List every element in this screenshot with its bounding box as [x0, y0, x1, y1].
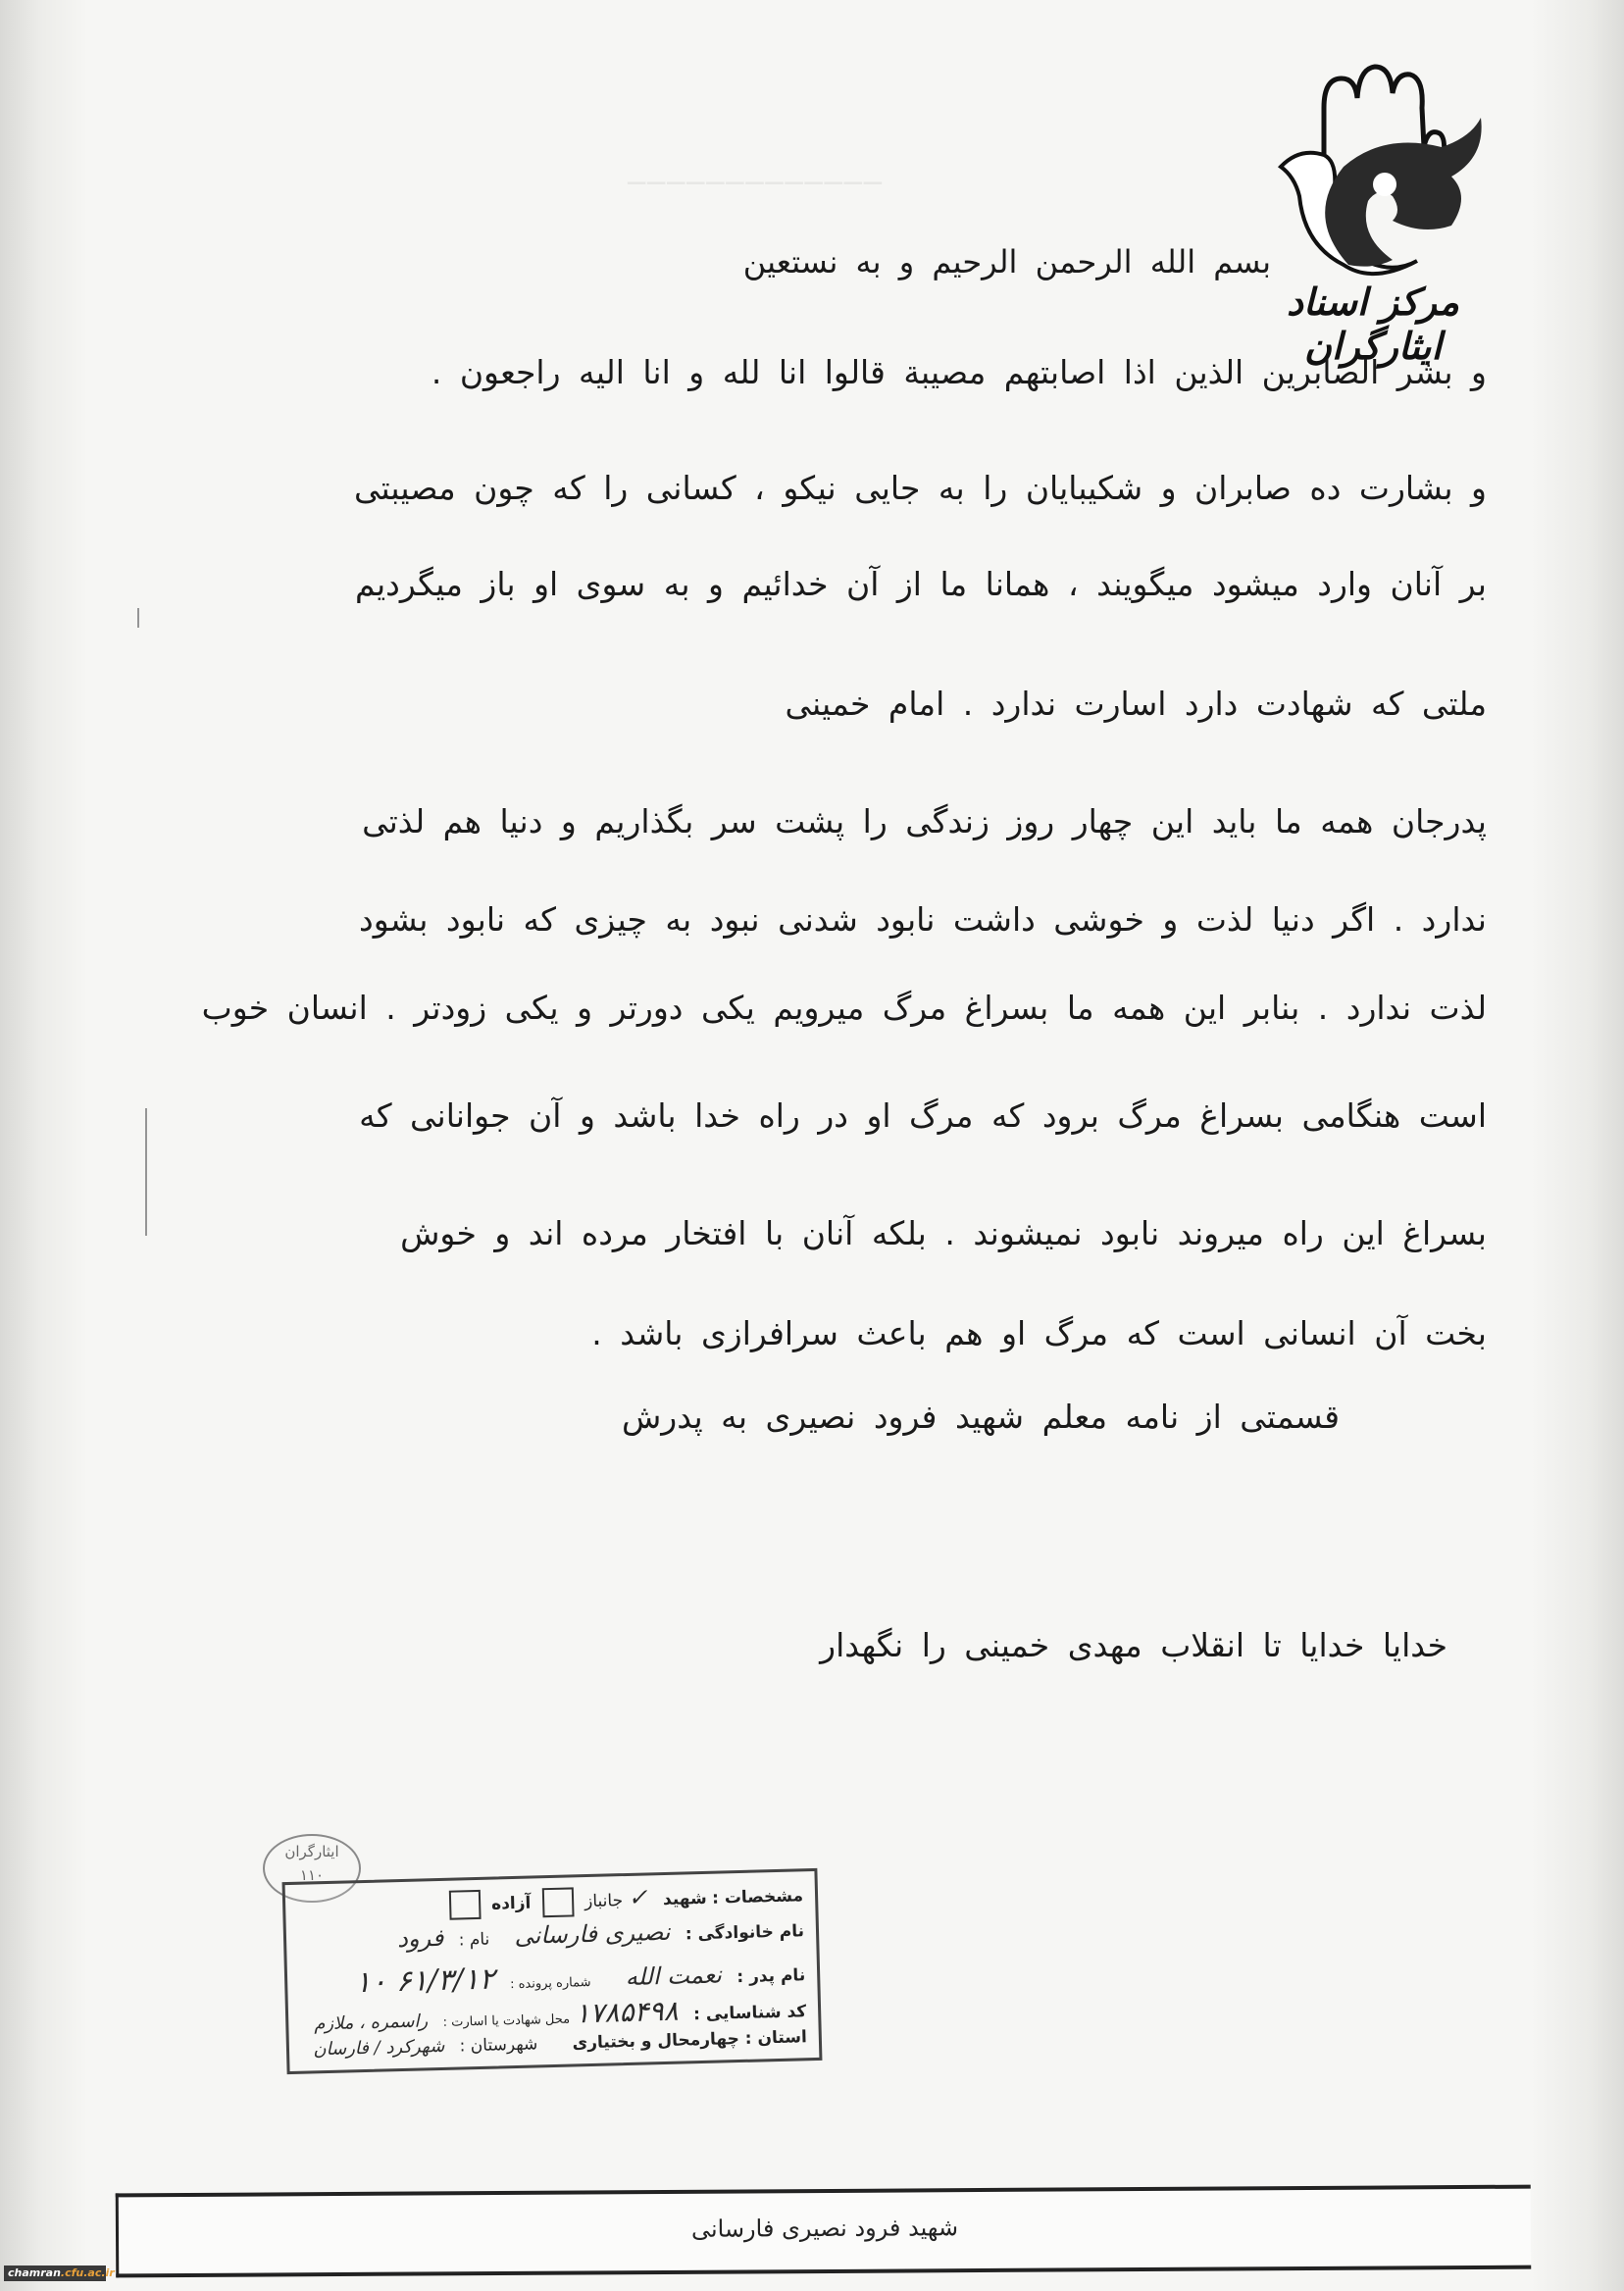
stamp-row-status: مشخصات : شهید ✓ جانباز آزاده [442, 1879, 803, 1920]
county-label: شهرستان : [459, 2034, 537, 2056]
checkbox-empty [541, 1887, 574, 1917]
file-number-label: شماره پرونده : [510, 1975, 591, 1992]
place-label: محل شهادت یا اسارت : [442, 2012, 570, 2030]
bismillah-line: بسم الله الرحمن الرحیم و به نستعین [743, 243, 1271, 280]
letter-line: بر آنان وارد میشود میگویند ، همانا ما از… [355, 565, 1487, 603]
father-name-value: نعمت الله [625, 1960, 722, 1991]
stamp-row-name: نام خانوادگی : نصیری فارسانی نام : فرود [397, 1914, 804, 1953]
margin-pen-mark [137, 608, 139, 628]
id-code-value: ۱۷۸۵۴۹۸ [575, 1995, 679, 2030]
margin-pen-mark [145, 1108, 147, 1236]
letter-line: ملتی که شهادت دارد اسارت ندارد . امام خم… [786, 685, 1487, 723]
letter-line: بخت آن انسانی است که مرگ او هم باعث سراف… [591, 1314, 1487, 1352]
letter-line: ندارد . اگر دنیا لذت و خوشی داشت نابود ش… [359, 900, 1487, 939]
place-value: راسمره ، ملازم [314, 2011, 429, 2034]
province-label: استان : چهارمحال و بختیاری [572, 2027, 807, 2053]
watermark-prefix: chamran [8, 2266, 61, 2279]
site-watermark: chamran.cfu.ac.ir [4, 2266, 106, 2281]
closing-line: خدایا خدایا تا انقلاب مهدی خمینی را نگهد… [820, 1626, 1447, 1664]
letter-line: لذت ندارد . بنابر این همه ما بسراغ مرگ م… [202, 989, 1487, 1027]
letter-line: و بشارت ده صابران و شکیبایان را به جایی … [354, 469, 1487, 507]
scanned-page: ​───────────── مرکز اسناد ایثارگران بسم … [0, 0, 1624, 2291]
father-name-label: نام پدر : [736, 1965, 805, 1987]
checkbox-empty [448, 1890, 481, 1920]
first-name-value: فرود [397, 1924, 444, 1953]
first-name-label: نام : [458, 1930, 489, 1951]
caption-line: قسمتی از نامه معلم شهید فرود نصیری به پد… [622, 1398, 1340, 1436]
letter-line: بسراغ این راه میروند نابود نمیشوند . بلک… [400, 1214, 1487, 1252]
watermark-suffix: .cfu.ac.ir [61, 2266, 115, 2279]
file-number-value: ۶۱/۳/۱۲ ۱۰ [355, 1962, 495, 2001]
county-value: شهرکرد / فارسان [313, 2036, 444, 2060]
option-label: جانباز [584, 1891, 623, 1911]
letter-line: و بشر الصابرین الذین اذا اصابتهم مصیبة ق… [431, 353, 1487, 391]
option-label: آزاده [491, 1894, 532, 1914]
martyr-info-stamp: مشخصات : شهید ✓ جانباز آزاده نام خانوادگ… [282, 1868, 823, 2074]
id-code-label: کد شناسایی : [693, 2002, 807, 2024]
family-name-label: نام خانوادگی : [685, 1921, 805, 1944]
bleed-through-text: ​───────────── [628, 167, 884, 201]
family-name-value: نصیری فارسانی [514, 1918, 671, 1950]
footer-title: شهید فرود نصیری فارسانی [119, 2211, 1531, 2247]
letter-line: است هنگامی بسراغ مرگ برود که مرگ او در ر… [359, 1096, 1487, 1135]
stamp-title-label: مشخصات : [712, 1886, 804, 1908]
checkmark-icon: ✓ [628, 1883, 648, 1911]
stamp-status-label: شهید [663, 1889, 707, 1909]
footer-title-box: شهید فرود نصیری فارسانی [116, 2185, 1531, 2278]
circular-stamp-text: ایثارگران [265, 1840, 359, 1863]
letter-line: پدرجان همه ما باید این چهار روز زندگی را… [362, 802, 1487, 840]
